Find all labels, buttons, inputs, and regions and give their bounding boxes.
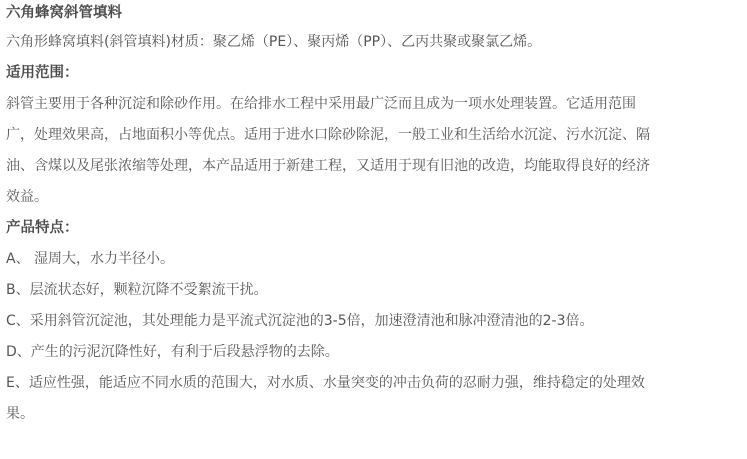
document-title: 六角蜂窝斜管填料 [6,0,747,27]
feature-item-e: E、适应性强，能适应不同水质的范围大，对水质、水量突变的冲击负荷的忍耐力强，维持… [6,368,747,399]
feature-item-c: C、采用斜管沉淀池，其处理能力是平流式沉淀池的3-5倍，加速澄清池和脉冲澄清池的… [6,306,747,337]
scope-line: 油、含煤以及尾张浓缩等处理，本产品适用于新建工程，又适用于现有旧池的改造，均能取… [6,151,747,182]
feature-item-b: B、层流状态好，颗粒沉降不受絮流干扰。 [6,275,747,306]
scope-line: 斜管主要用于各种沉淀和除砂作用。在给排水工程中采用最广泛而且成为一项水处理装置。… [6,89,747,120]
scope-line: 广，处理效果高，占地面积小等优点。适用于进水口除砂除泥，一般工业和生活给水沉淀、… [6,120,747,151]
features-list: A、 湿周大，水力半径小。 B、层流状态好，颗粒沉降不受絮流干扰。 C、采用斜管… [6,244,747,430]
material-line: 六角形蜂窝填料(斜管填料)材质：聚乙烯（PE）、聚丙烯（PP）、乙丙共聚或聚氯乙… [6,27,747,58]
document-body: 六角蜂窝斜管填料 六角形蜂窝填料(斜管填料)材质：聚乙烯（PE）、聚丙烯（PP）… [0,0,747,430]
features-heading: 产品特点： [6,213,747,244]
scope-line: 效益。 [6,182,747,213]
scope-paragraph: 斜管主要用于各种沉淀和除砂作用。在给排水工程中采用最广泛而且成为一项水处理装置。… [6,89,747,213]
feature-item-a: A、 湿周大，水力半径小。 [6,244,747,275]
feature-item-d: D、产生的污泥沉降性好，有利于后段悬浮物的去除。 [6,337,747,368]
feature-item-e-continued: 果。 [6,399,747,430]
scope-heading: 适用范围： [6,58,747,89]
